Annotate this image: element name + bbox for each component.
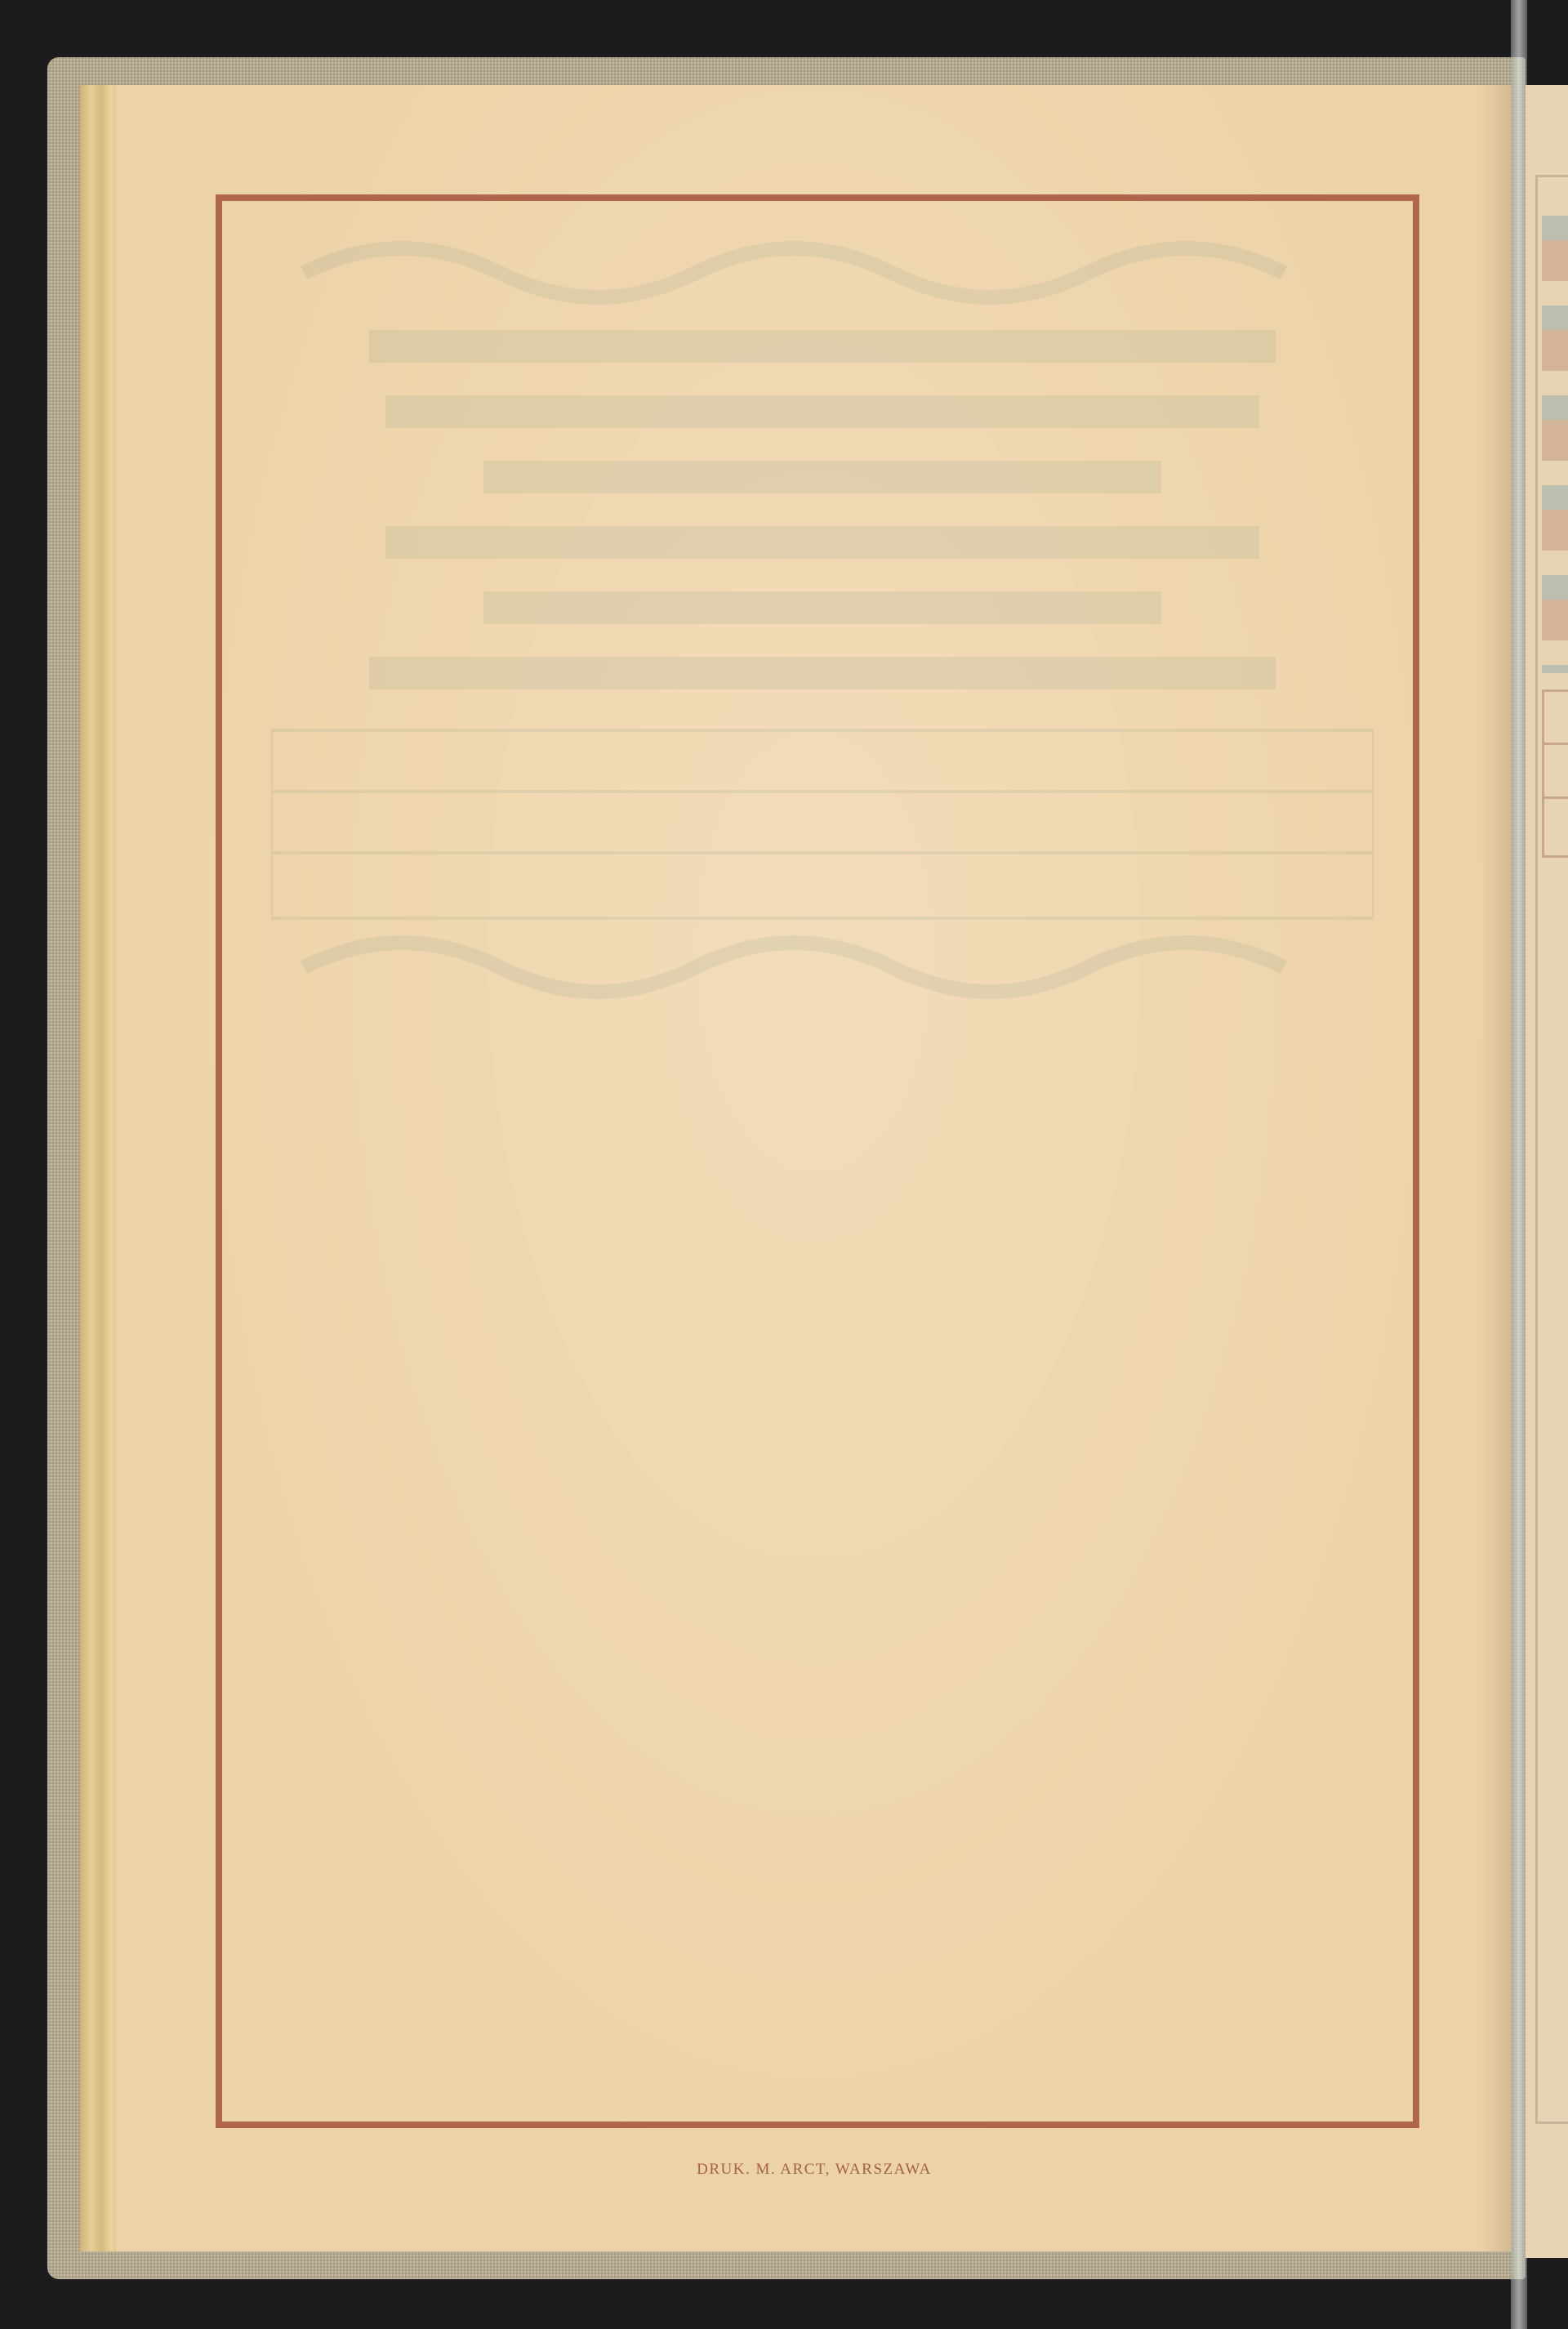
book-gutter <box>1511 0 1527 2329</box>
printer-imprint: DRUK. M. ARCT, WARSZAWA <box>116 2161 1512 2179</box>
book-page: DRUK. M. ARCT, WARSZAWA <box>116 85 1512 2251</box>
page-edges <box>80 85 119 2251</box>
facing-page-ornament <box>1542 216 1568 673</box>
facing-page-label-boxes <box>1542 689 1568 858</box>
spine-shadow <box>1480 85 1512 2251</box>
facing-page-edge <box>1526 85 1568 2258</box>
printed-border-frame <box>216 194 1419 2128</box>
